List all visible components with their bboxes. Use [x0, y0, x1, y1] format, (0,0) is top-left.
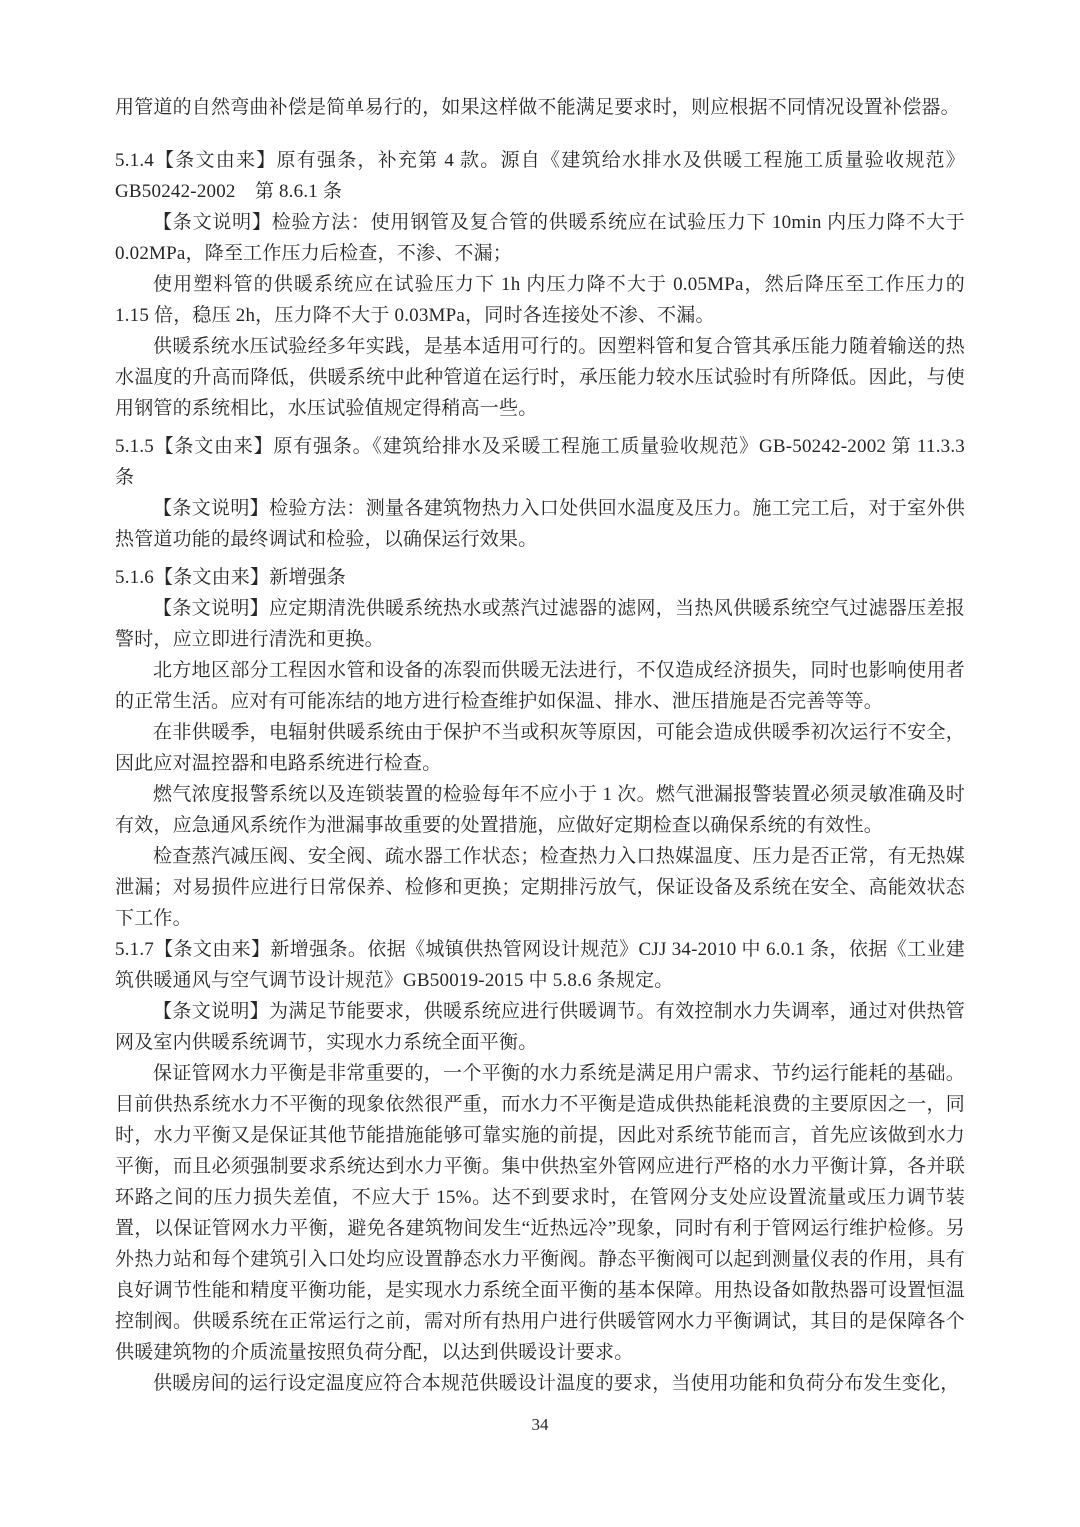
clause-5-1-7-note: 供暖房间的运行设定温度应符合本规范供暖设计温度的要求，当使用功能和负荷分布发生变… — [115, 1368, 965, 1399]
clause-5-1-7-origin: 5.1.7【条文由来】新增强条。依据《城镇供热管网设计规范》CJJ 34-201… — [115, 934, 965, 996]
clause-5-1-7-note: 【条文说明】为满足节能要求，供暖系统应进行供暖调节。有效控制水力失调率，通过对供… — [115, 996, 965, 1058]
clause-5-1-6-origin: 5.1.6【条文由来】新增强条 — [115, 562, 965, 593]
page-number: 34 — [532, 1415, 549, 1434]
document-page: 用管道的自然弯曲补偿是简单易行的，如果这样做不能满足要求时，则应根据不同情况设置… — [0, 0, 1080, 1527]
clause-5-1-4-note: 供暖系统水压试验经多年实践，是基本适用可行的。因塑料管和复合管其承压能力随着输送… — [115, 331, 965, 424]
clause-5-1-6-note: 北方地区部分工程因水管和设备的冻裂而供暖无法进行，不仅造成经济损失，同时也影响使… — [115, 655, 965, 717]
page-footer: 34 — [115, 1415, 965, 1435]
document-content: 用管道的自然弯曲补偿是简单易行的，如果这样做不能满足要求时，则应根据不同情况设置… — [115, 92, 965, 1399]
clause-5-1-5-note: 【条文说明】检验方法：测量各建筑物热力入口处供回水温度及压力。施工完工后，对于室… — [115, 493, 965, 555]
clause-5-1-6-note: 检查蒸汽减压阀、安全阀、疏水器工作状态；检查热力入口热媒温度、压力是否正常，有无… — [115, 841, 965, 934]
clause-5-1-4-note: 【条文说明】检验方法：使用钢管及复合管的供暖系统应在试验压力下 10min 内压… — [115, 207, 965, 269]
clause-5-1-6-note: 【条文说明】应定期清洗供暖系统热水或蒸汽过滤器的滤网，当热风供暖系统空气过滤器压… — [115, 593, 965, 655]
clause-5-1-6-note: 在非供暖季，电辐射供暖系统由于保护不当或积灰等原因，可能会造成供暖季初次运行不安… — [115, 717, 965, 779]
clause-5-1-4-origin: 5.1.4【条文由来】原有强条，补充第 4 款。源自《建筑给水排水及供暖工程施工… — [115, 145, 965, 207]
clause-5-1-7-note: 保证管网水力平衡是非常重要的，一个平衡的水力系统是满足用户需求、节约运行能耗的基… — [115, 1058, 965, 1368]
clause-5-1-6-note: 燃气浓度报警系统以及连锁装置的检验每年不应小于 1 次。燃气泄漏报警装置必须灵敏… — [115, 779, 965, 841]
clause-5-1-4-note: 使用塑料管的供暖系统应在试验压力下 1h 内压力降不大于 0.05MPa，然后降… — [115, 269, 965, 331]
clause-5-1-5-origin: 5.1.5【条文由来】原有强条。《建筑给排水及采暖工程施工质量验收规范》GB-5… — [115, 431, 965, 493]
paragraph-continuation: 用管道的自然弯曲补偿是简单易行的，如果这样做不能满足要求时，则应根据不同情况设置… — [115, 92, 965, 123]
